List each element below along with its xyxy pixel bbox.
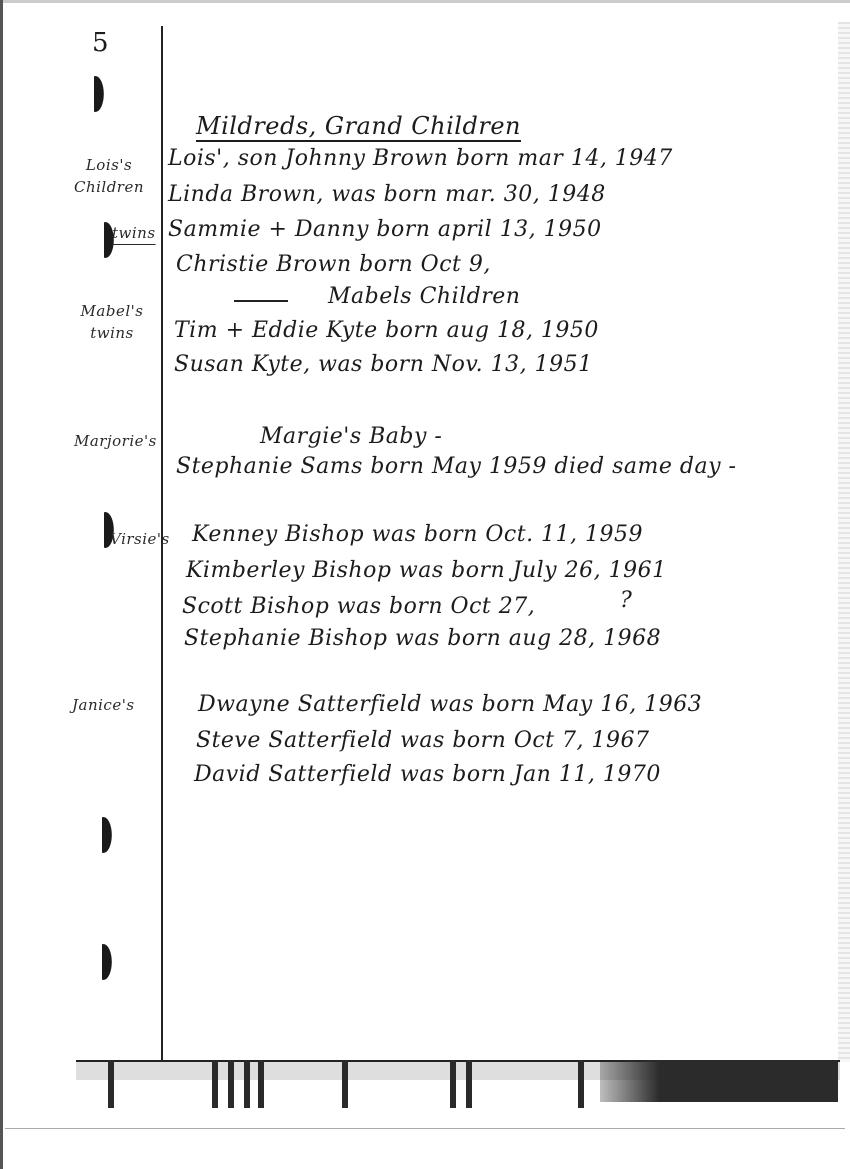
heading-margies-baby: Margie's Baby - bbox=[260, 424, 442, 449]
scan-streak bbox=[450, 1060, 456, 1108]
scan-right-edge-noise bbox=[838, 22, 850, 1062]
scanned-page: 5 Mildreds, Grand Children Lois's Childr… bbox=[0, 0, 850, 1169]
page-title: Mildreds, Grand Children bbox=[196, 112, 521, 140]
heading-mabels-children: Mabels Children bbox=[328, 284, 520, 309]
entry-scott-bishop: Scott Bishop was born Oct 27, bbox=[182, 594, 535, 619]
scan-streak bbox=[108, 1060, 114, 1108]
margin-note-janice: Janice's bbox=[72, 696, 135, 714]
entry-kimberley-bishop: Kimberley Bishop was born July 26, 1961 bbox=[186, 558, 667, 583]
scan-streak bbox=[466, 1060, 472, 1108]
entry-stephanie-sams: Stephanie Sams born May 1959 died same d… bbox=[176, 454, 736, 479]
scan-fold-line bbox=[5, 1128, 845, 1129]
annotation-question-mark: ? bbox=[620, 588, 632, 613]
entry-linda-brown: Linda Brown, was born mar. 30, 1948 bbox=[168, 182, 606, 207]
entry-tim-eddie-kyte: Tim + Eddie Kyte born aug 18, 1950 bbox=[174, 318, 599, 343]
entry-steve-satterfield: Steve Satterfield was born Oct 7, 1967 bbox=[196, 728, 650, 753]
page-number: 5 bbox=[92, 28, 109, 58]
scan-streak bbox=[212, 1060, 218, 1108]
scan-streak bbox=[342, 1060, 348, 1108]
scan-top-border bbox=[0, 0, 850, 3]
margin-note-marjorie: Marjorie's bbox=[74, 432, 157, 450]
scan-left-edge bbox=[0, 0, 3, 1169]
entry-johnny-brown: Lois', son Johnny Brown born mar 14, 194… bbox=[168, 146, 673, 171]
scan-streak bbox=[244, 1060, 250, 1108]
scan-shadow bbox=[600, 1060, 838, 1102]
entry-dwayne-satterfield: Dwayne Satterfield was born May 16, 1963 bbox=[198, 692, 702, 717]
punch-hole-5 bbox=[102, 944, 116, 980]
margin-note-mabel: Mabel's twins bbox=[72, 300, 152, 344]
punch-hole-top bbox=[94, 76, 108, 112]
entry-christie-brown: Christie Brown born Oct 9, bbox=[176, 252, 491, 277]
entry-stephanie-bishop: Stephanie Bishop was born aug 28, 1968 bbox=[184, 626, 661, 651]
margin-note-lois: Lois's Children bbox=[64, 154, 154, 198]
entry-susan-kyte: Susan Kyte, was born Nov. 13, 1951 bbox=[174, 352, 593, 377]
margin-note-twins: twins bbox=[112, 224, 156, 242]
scan-streak bbox=[228, 1060, 234, 1108]
margin-note-virsie: Virsie's bbox=[110, 530, 170, 548]
scan-streak bbox=[258, 1060, 264, 1108]
entry-sammie-danny: Sammie + Danny born april 13, 1950 bbox=[168, 217, 602, 242]
punch-hole-4 bbox=[102, 817, 116, 853]
scan-streak bbox=[578, 1060, 584, 1108]
entry-david-satterfield: David Satterfield was born Jan 11, 1970 bbox=[194, 762, 661, 787]
section-dash bbox=[234, 300, 288, 302]
entry-kenney-bishop: Kenney Bishop was born Oct. 11, 1959 bbox=[192, 522, 643, 547]
